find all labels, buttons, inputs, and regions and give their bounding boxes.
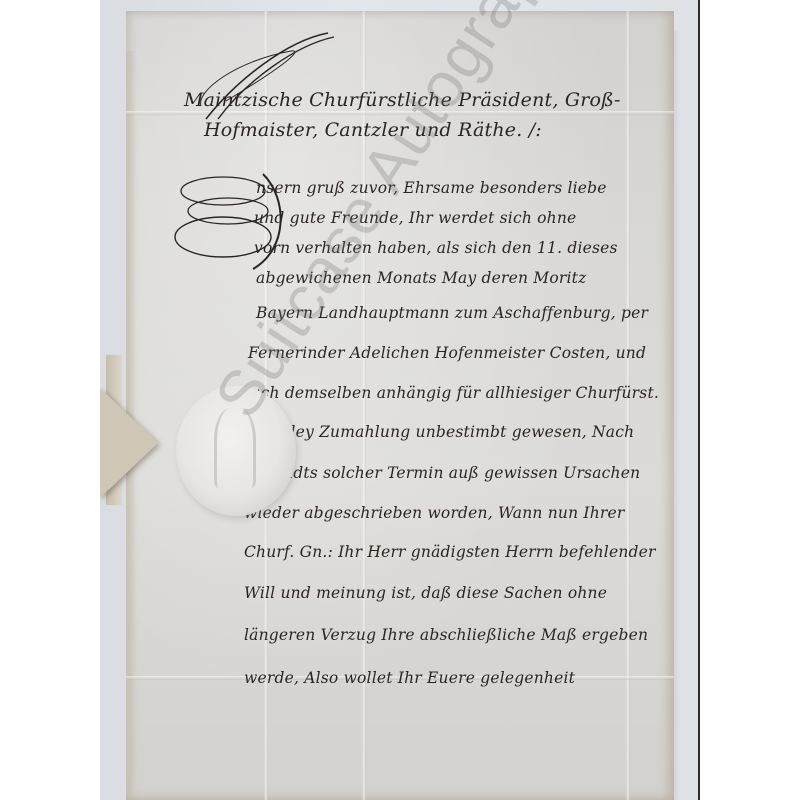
letter-line: Churf. Gn.: Ihr Herr gnädigsten Herrn be… bbox=[244, 543, 656, 561]
letter-line: auch demselben anhängig für allhiesiger … bbox=[241, 384, 659, 402]
letter-line: Fernerinder Adelichen Hofenmeister Coste… bbox=[248, 344, 646, 362]
letter-line: Will und meinung ist, daß diese Sachen o… bbox=[244, 584, 607, 602]
letter-line: vorn verhalten haben, als sich den 11. d… bbox=[254, 239, 618, 257]
letter-line: wieder abgeschrieben worden, Wann nun Ih… bbox=[244, 504, 624, 522]
address-line-2: Hofmaister, Cantzler und Räthe. /: bbox=[204, 119, 542, 141]
letter-line: abgewichenen Monats May deren Moritz bbox=[256, 269, 586, 287]
letter-line: Cantzley Zumahlung unbestimbt gewesen, N… bbox=[244, 423, 634, 441]
letter-line: und gute Freunde, Ihr werdet sich ohne bbox=[254, 209, 576, 227]
seal-emblem-icon bbox=[214, 408, 256, 488]
letter-line: nsern gruß zuvor, Ehrsame besonders lieb… bbox=[256, 179, 607, 197]
paper-seal bbox=[176, 386, 296, 516]
vertical-fold bbox=[626, 11, 630, 800]
letter-line: gehendts solcher Termin auß gewissen Urs… bbox=[244, 464, 640, 482]
letter-paper: Maintzische Churfürstliche Präsident, Gr… bbox=[126, 11, 674, 800]
letter-line: werde, Also wollet Ihr Euere gelegenheit bbox=[244, 669, 575, 687]
letter-line: längeren Verzug Ihre abschließliche Maß … bbox=[244, 626, 648, 644]
seal-flap bbox=[100, 388, 158, 498]
document-photo: Maintzische Churfürstliche Präsident, Gr… bbox=[100, 0, 700, 800]
letter-line: Bayern Landhauptmann zum Aschaffenburg, … bbox=[256, 304, 648, 322]
address-line-1: Maintzische Churfürstliche Präsident, Gr… bbox=[184, 89, 621, 111]
